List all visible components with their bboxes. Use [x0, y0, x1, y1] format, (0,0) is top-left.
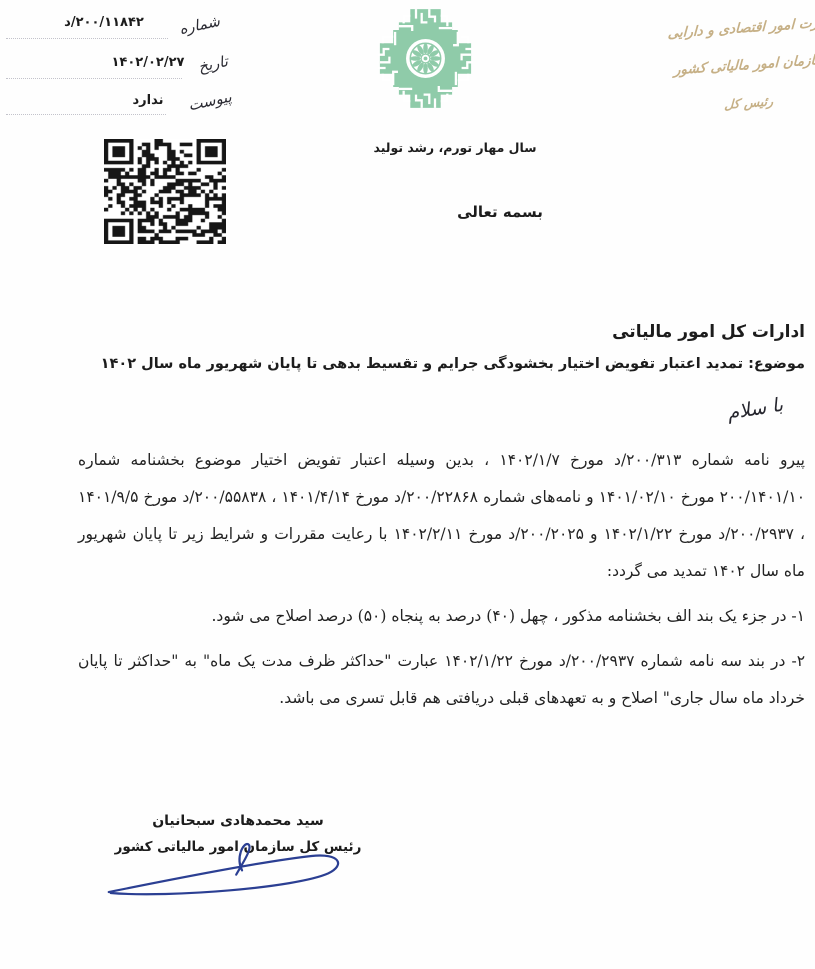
list-item-1: ۱- در جزء یک بند الف بخشنامه مذکور ، چهل… — [78, 598, 805, 635]
recipient-line: ادارات کل امور مالیاتی — [80, 322, 805, 342]
letterhead: وزارت امور اقتصادی و دارایی سازمان امور … — [623, 1, 815, 130]
qr-code — [104, 139, 226, 244]
meta-date-value: ۱۴۰۲/۰۲/۲۷ — [98, 55, 198, 70]
meta-attachment-line — [6, 114, 166, 115]
meta-row-number: شماره ۲۰۰/۱۱۸۴۲/د — [0, 12, 238, 42]
scanned-letter-page: شماره ۲۰۰/۱۱۸۴۲/د تاریخ ۱۴۰۲/۰۲/۲۷ پیوست… — [0, 0, 815, 969]
meta-date-label: تاریخ — [197, 52, 230, 76]
bismillah: بسمه تعالی — [420, 203, 580, 221]
salutation: با سلام — [725, 394, 784, 425]
meta-number-value: ۲۰۰/۱۱۸۴۲/د — [28, 15, 180, 30]
list-item-2: ۲- در بند سه نامه شماره ۲۰۰/۲۹۳۷/د مورخ … — [78, 643, 805, 717]
inta-emblem-logo-icon — [378, 7, 473, 114]
meta-number-label: شماره — [178, 12, 222, 38]
meta-attachment-label: پیوست — [187, 88, 234, 115]
meta-row-date: تاریخ ۱۴۰۲/۰۲/۲۷ — [0, 51, 238, 81]
subject-line: موضوع: تمدید اعتبار تفویض اختیار بخشودگی… — [80, 356, 805, 372]
body-paragraph: پیرو نامه شماره ۲۰۰/۳۱۳/د مورخ ۱۴۰۲/۱/۷ … — [78, 442, 805, 590]
year-slogan: سال مهار تورم، رشد تولید — [355, 140, 555, 155]
meta-date-line — [6, 78, 182, 79]
signer-name: سید محمدهادی سبحانیان — [108, 808, 368, 834]
letter-body: پیرو نامه شماره ۲۰۰/۳۱۳/د مورخ ۱۴۰۲/۱/۷ … — [78, 442, 805, 717]
meta-number-line — [6, 38, 168, 39]
meta-row-attachment: پیوست ندارد — [0, 89, 238, 119]
meta-attachment-value: ندارد — [118, 93, 178, 108]
handwritten-signature — [99, 834, 351, 905]
